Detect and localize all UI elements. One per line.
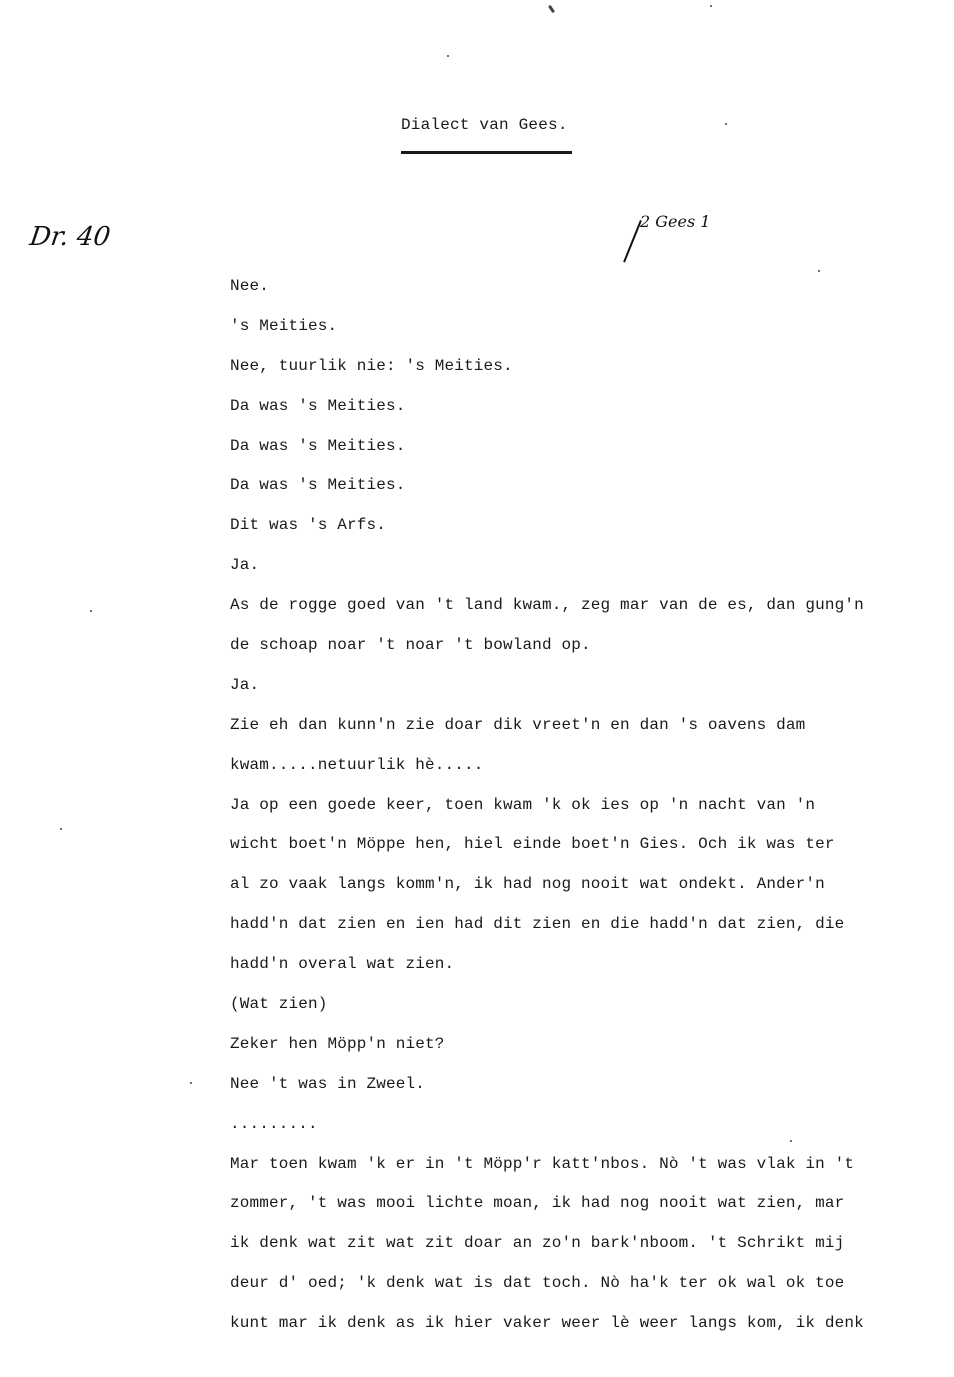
transcript-line: Da was 's Meities.	[230, 436, 910, 476]
transcript-line: Ja.	[230, 675, 910, 715]
handwritten-stroke	[623, 220, 642, 262]
transcript-line: Nee, tuurlik nie: 's Meities.	[230, 356, 910, 396]
transcript-line: Ja.	[230, 555, 910, 595]
scan-speck	[447, 55, 449, 57]
handwritten-reference: 2 Gees 1	[640, 212, 710, 231]
transcript-line: wicht boet'n Möppe hen, hiel einde boet'…	[230, 834, 910, 874]
transcript-line: Dit was 's Arfs.	[230, 515, 910, 555]
transcript-line: Zeker hen Möpp'n niet?	[230, 1034, 910, 1074]
scan-speck	[190, 1082, 192, 1084]
transcript-line: kunt mar ik denk as ik hier vaker weer l…	[230, 1313, 910, 1353]
transcript-line: Da was 's Meities.	[230, 475, 910, 515]
transcript-line: 's Meities.	[230, 316, 910, 356]
scan-speck	[60, 828, 62, 830]
title-underline	[401, 151, 572, 154]
transcript-line: Da was 's Meities.	[230, 396, 910, 436]
transcript-line: (Wat zien)	[230, 994, 910, 1034]
scan-speck	[548, 5, 555, 13]
transcript-line: As de rogge goed van 't land kwam., zeg …	[230, 595, 910, 635]
transcript-line: al zo vaak langs komm'n, ik had nog nooi…	[230, 874, 910, 914]
scan-speck	[725, 123, 727, 125]
scan-speck	[790, 1140, 792, 1142]
scan-speck	[90, 610, 92, 612]
scan-speck	[710, 5, 712, 7]
transcript-line: Nee.	[230, 276, 910, 316]
transcript-line: zommer, 't was mooi lichte moan, ik had …	[230, 1193, 910, 1233]
transcript-body: Nee.'s Meities.Nee, tuurlik nie: 's Meit…	[230, 276, 910, 1353]
document-title: Dialect van Gees.	[401, 116, 568, 134]
transcript-line: Mar toen kwam 'k er in 't Möpp'r katt'nb…	[230, 1154, 910, 1194]
transcript-line: hadd'n overal wat zien.	[230, 954, 910, 994]
handwritten-page-number: Dr. 40	[28, 222, 112, 252]
transcript-line: deur d' oed; 'k denk wat is dat toch. Nò…	[230, 1273, 910, 1313]
transcript-line: Zie eh dan kunn'n zie doar dik vreet'n e…	[230, 715, 910, 755]
transcript-line: ik denk wat zit wat zit doar an zo'n bar…	[230, 1233, 910, 1273]
handwritten-reference-text: 2 Gees 1	[640, 212, 710, 231]
transcript-line: .........	[230, 1114, 910, 1154]
transcript-line: hadd'n dat zien en ien had dit zien en d…	[230, 914, 910, 954]
transcript-line: Ja op een goede keer, toen kwam 'k ok ie…	[230, 795, 910, 835]
scan-speck	[818, 270, 820, 272]
transcript-line: Nee 't was in Zweel.	[230, 1074, 910, 1114]
transcript-line: kwam.....netuurlik hè.....	[230, 755, 910, 795]
transcript-line: de schoap noar 't noar 't bowland op.	[230, 635, 910, 675]
